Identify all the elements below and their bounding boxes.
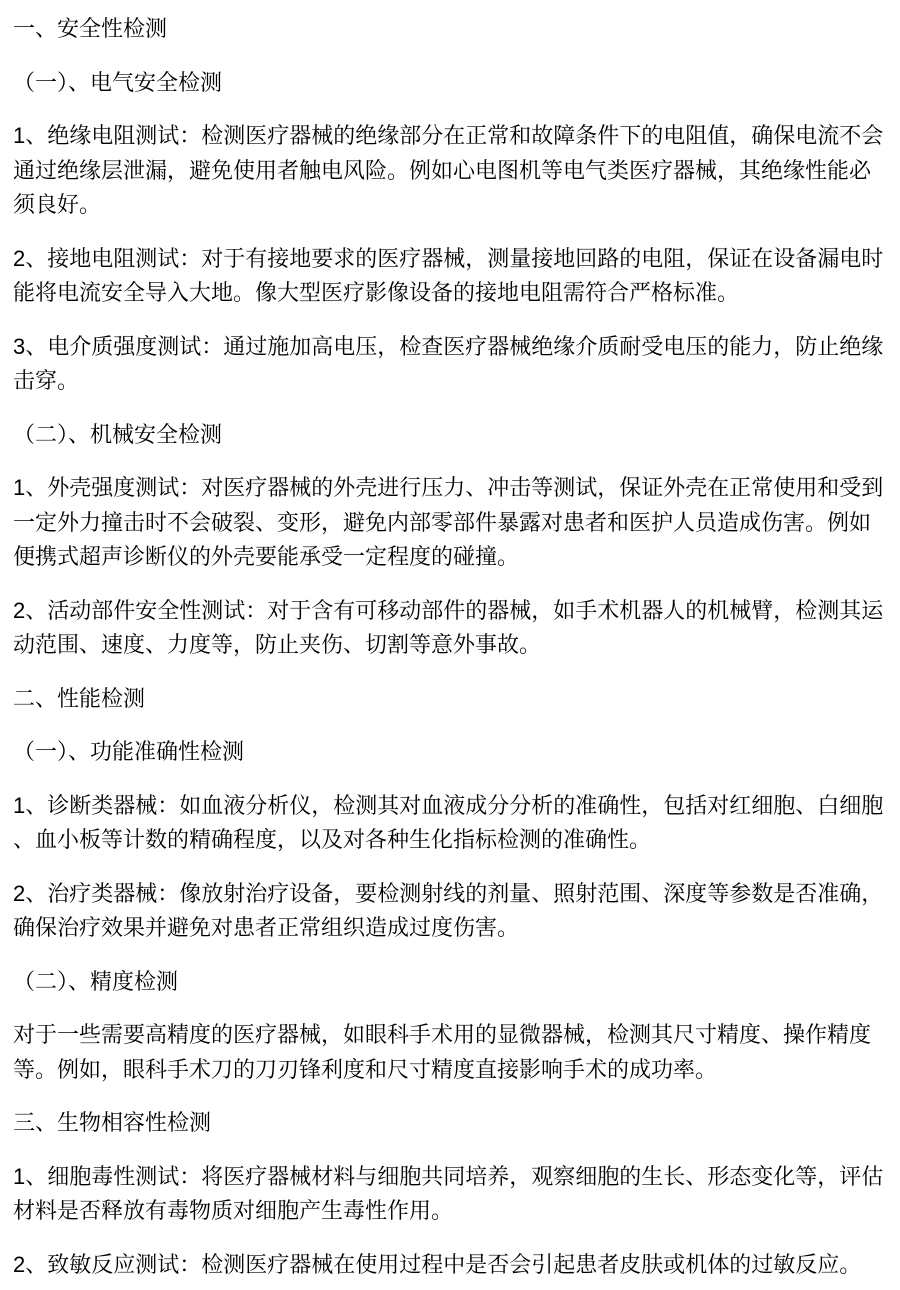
heading-safety-testing: 一、安全性检测 xyxy=(13,12,885,47)
heading-performance-testing: 二、性能检测 xyxy=(13,682,885,717)
document-body: 一、安全性检测 （一）、电气安全检测 1、绝缘电阻测试：检测医疗器械的绝缘部分在… xyxy=(0,0,900,1282)
heading-electrical-safety: （一）、电气安全检测 xyxy=(13,66,885,101)
para-sensitization-test: 2、致敏反应测试：检测医疗器械在使用过程中是否会引起患者皮肤或机体的过敏反应。 xyxy=(13,1248,885,1283)
para-grounding-resistance-test: 2、接地电阻测试：对于有接地要求的医疗器械，测量接地回路的电阻，保证在设备漏电时… xyxy=(13,242,885,311)
heading-biocompatibility-testing: 三、生物相容性检测 xyxy=(13,1106,885,1141)
para-shell-strength-test: 1、外壳强度测试：对医疗器械的外壳进行压力、冲击等测试，保证外壳在正常使用和受到… xyxy=(13,471,885,575)
para-insulation-resistance-test: 1、绝缘电阻测试：检测医疗器械的绝缘部分在正常和故障条件下的电阻值，确保电流不会… xyxy=(13,119,885,223)
heading-precision-testing: （二）、精度检测 xyxy=(13,965,885,1000)
heading-mechanical-safety: （二）、机械安全检测 xyxy=(13,418,885,453)
para-cytotoxicity-test: 1、细胞毒性测试：将医疗器械材料与细胞共同培养，观察细胞的生长、形态变化等，评估… xyxy=(13,1160,885,1229)
para-therapeutic-devices: 2、治疗类器械：像放射治疗设备，要检测射线的剂量、照射范围、深度等参数是否准确，… xyxy=(13,877,885,946)
para-diagnostic-devices: 1、诊断类器械：如血液分析仪，检测其对血液成分分析的准确性，包括对红细胞、白细胞… xyxy=(13,789,885,858)
heading-functional-accuracy: （一）、功能准确性检测 xyxy=(13,735,885,770)
para-moving-parts-safety-test: 2、活动部件安全性测试：对于含有可移动部件的器械，如手术机器人的机械臂，检测其运… xyxy=(13,594,885,663)
para-precision-description: 对于一些需要高精度的医疗器械，如眼科手术用的显微器械，检测其尺寸精度、操作精度等… xyxy=(13,1018,885,1087)
para-dielectric-strength-test: 3、电介质强度测试：通过施加高电压，检查医疗器械绝缘介质耐受电压的能力，防止绝缘… xyxy=(13,330,885,399)
